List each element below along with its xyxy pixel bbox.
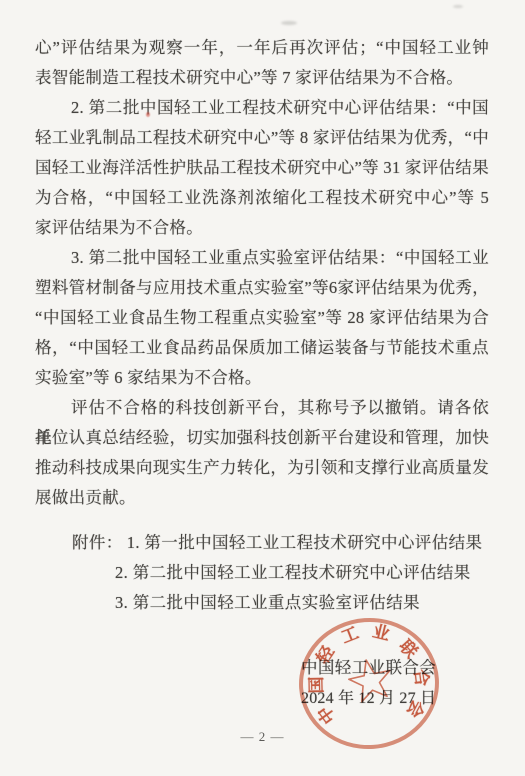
document-page: 心”评估结果为观察一年，一年后再次评估；“中国轻工业钟表智能制造工程技术研究中心… <box>0 0 525 776</box>
body-line: 心”评估结果为观察一年，一年后再次评估；“中国轻工业钟 <box>35 33 489 63</box>
body-line: 2. 第二批中国轻工业工程技术研究中心评估结果：“中国 <box>35 93 489 123</box>
body-line: 为合格，“中国轻工业洗涤剂浓缩化工程技术研究中心”等 5 <box>35 183 489 213</box>
page-number: — 2 — <box>0 729 525 745</box>
attachments-label: 附件： <box>72 533 123 552</box>
attachment-item: 2. 第二批中国轻工业工程技术研究中心评估结果 <box>72 558 482 588</box>
body-line: 展做出贡献。 <box>35 483 489 513</box>
scan-artifact <box>281 21 297 25</box>
body-line: 实验室”等 6 家结果为不合格。 <box>35 363 489 393</box>
attachments-block: 附件：1. 第一批中国轻工业工程技术研究中心评估结果2. 第二批中国轻工业工程技… <box>72 528 482 618</box>
signature-date: 2024 年 12 月 27 日 <box>301 685 436 708</box>
attachment-item-text: 3. 第二批中国轻工业重点实验室评估结果 <box>115 593 420 612</box>
document-body: 心”评估结果为观察一年，一年后再次评估；“中国轻工业钟表智能制造工程技术研究中心… <box>35 33 489 513</box>
body-line: 格，“中国轻工业食品药品保质加工储运装备与节能技术重点 <box>35 333 489 363</box>
signature-org: 中国轻工业联合会 <box>301 654 436 678</box>
attachment-item-text: 1. 第一批中国轻工业工程技术研究中心评估结果 <box>127 533 483 552</box>
body-line: 评估不合格的科技创新平台，其称号予以撤销。请各依托 <box>35 393 489 423</box>
body-line: 塑料管材制备与应用技术重点实验室”等6家评估结果为优秀， <box>35 273 489 303</box>
body-line: 3. 第二批中国轻工业重点实验室评估结果：“中国轻工业 <box>35 243 489 273</box>
body-line: 轻工业乳制品工程技术研究中心”等 8 家评估结果为优秀，“中 <box>35 123 489 153</box>
attachment-item: 附件：1. 第一批中国轻工业工程技术研究中心评估结果 <box>72 528 482 558</box>
body-line: 家评估结果为不合格。 <box>35 213 489 243</box>
body-line: 单位认真总结经验，切实加强科技创新平台建设和管理，加快 <box>35 423 489 453</box>
scan-artifact <box>453 5 463 8</box>
attachment-item: 3. 第二批中国轻工业重点实验室评估结果 <box>72 588 482 618</box>
body-line: “中国轻工业食品生物工程重点实验室”等 28 家评估结果为合 <box>35 303 489 333</box>
body-line: 推动科技成果向现实生产力转化，为引领和支撑行业高质量发 <box>35 453 489 483</box>
attachment-item-text: 2. 第二批中国轻工业工程技术研究中心评估结果 <box>115 563 471 582</box>
seal-char: 工 <box>337 622 363 648</box>
body-line: 表智能制造工程技术研究中心”等 7 家评估结果为不合格。 <box>35 63 489 93</box>
body-line: 国轻工业海洋活性护肤品工程技术研究中心”等 31 家评估结果 <box>35 153 489 183</box>
seal-char: 业 <box>369 621 393 645</box>
